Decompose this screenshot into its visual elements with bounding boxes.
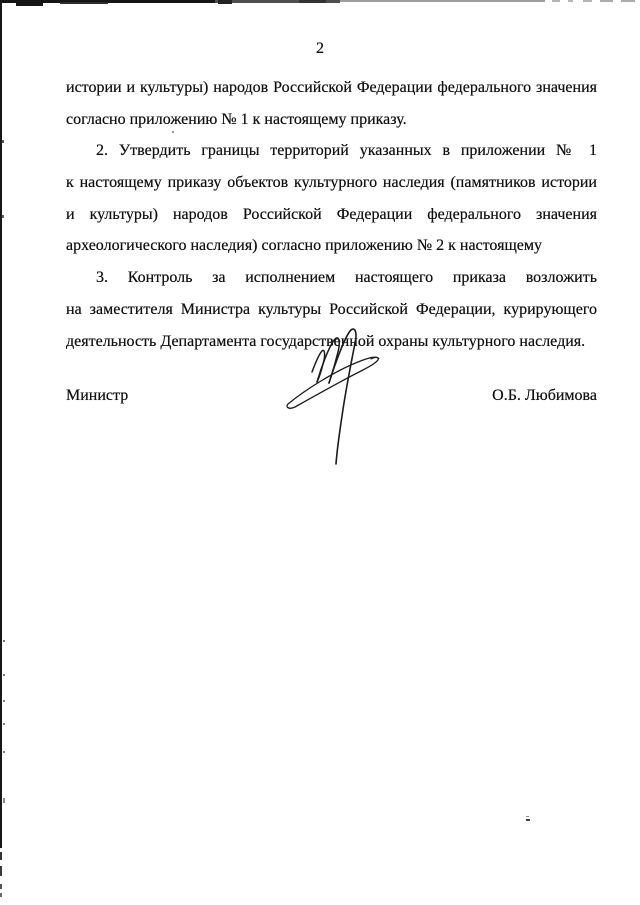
scan-border-left-dash bbox=[0, 866, 2, 876]
scan-border-top-dash bbox=[583, 0, 592, 2]
document-line: истории и культуры) народов Российской Ф… bbox=[66, 72, 597, 104]
document-body: истории и культуры) народов Российской Ф… bbox=[66, 72, 597, 357]
document-line: археологического наследия) согласно прил… bbox=[66, 230, 597, 262]
scan-border-top-dash bbox=[552, 0, 560, 2]
scan-noise-speck bbox=[3, 700, 5, 702]
document-line: согласно приложению № 1 к настоящему при… bbox=[66, 104, 597, 136]
scan-border-top-blob bbox=[16, 2, 43, 6]
scan-border-top-dash bbox=[600, 0, 613, 2]
signature-row: Министр О.Б. Любимова bbox=[66, 380, 597, 412]
scan-border-top bbox=[215, 0, 340, 3]
scan-noise-speck bbox=[3, 674, 5, 676]
scan-border-left-speck bbox=[0, 884, 2, 889]
scan-noise-speck bbox=[526, 819, 530, 821]
scan-border-top-bit bbox=[218, 0, 232, 4]
page-number: 2 bbox=[0, 33, 640, 65]
scan-border-top-blob bbox=[60, 2, 108, 4]
scan-border-top-bit bbox=[299, 0, 326, 3]
scan-border-left-dash bbox=[0, 852, 2, 860]
document-page: 2 истории и культуры) народов Российской… bbox=[0, 0, 640, 905]
scan-noise-speck bbox=[526, 816, 529, 817]
scan-noise-speck bbox=[3, 640, 5, 642]
document-line: 2. Утвердить границы территорий указанны… bbox=[66, 135, 597, 167]
scan-noise-speck bbox=[2, 140, 4, 143]
scan-noise-speck bbox=[3, 798, 5, 803]
scan-border-left-speck bbox=[0, 893, 2, 897]
document-line: к настоящему приказу объектов культурног… bbox=[66, 167, 597, 199]
signer-name: О.Б. Любимова bbox=[492, 380, 597, 412]
signer-role: Министр bbox=[66, 380, 128, 412]
scan-border-left bbox=[0, 0, 2, 848]
scan-border-top-dash bbox=[621, 0, 635, 2]
scan-border-top bbox=[0, 0, 215, 3]
document-line: 3. Контроль за исполнением настоящего пр… bbox=[66, 262, 597, 294]
scan-noise-speck bbox=[3, 751, 5, 753]
document-line: на заместителя Министра культуры Российс… bbox=[66, 294, 597, 326]
document-line: и культуры) народов Российской Федерации… bbox=[66, 199, 597, 231]
scan-noise-speck bbox=[3, 723, 5, 725]
scan-noise-speck bbox=[2, 215, 4, 218]
scan-border-top bbox=[340, 0, 545, 2]
scan-border-top-dash bbox=[568, 0, 573, 2]
